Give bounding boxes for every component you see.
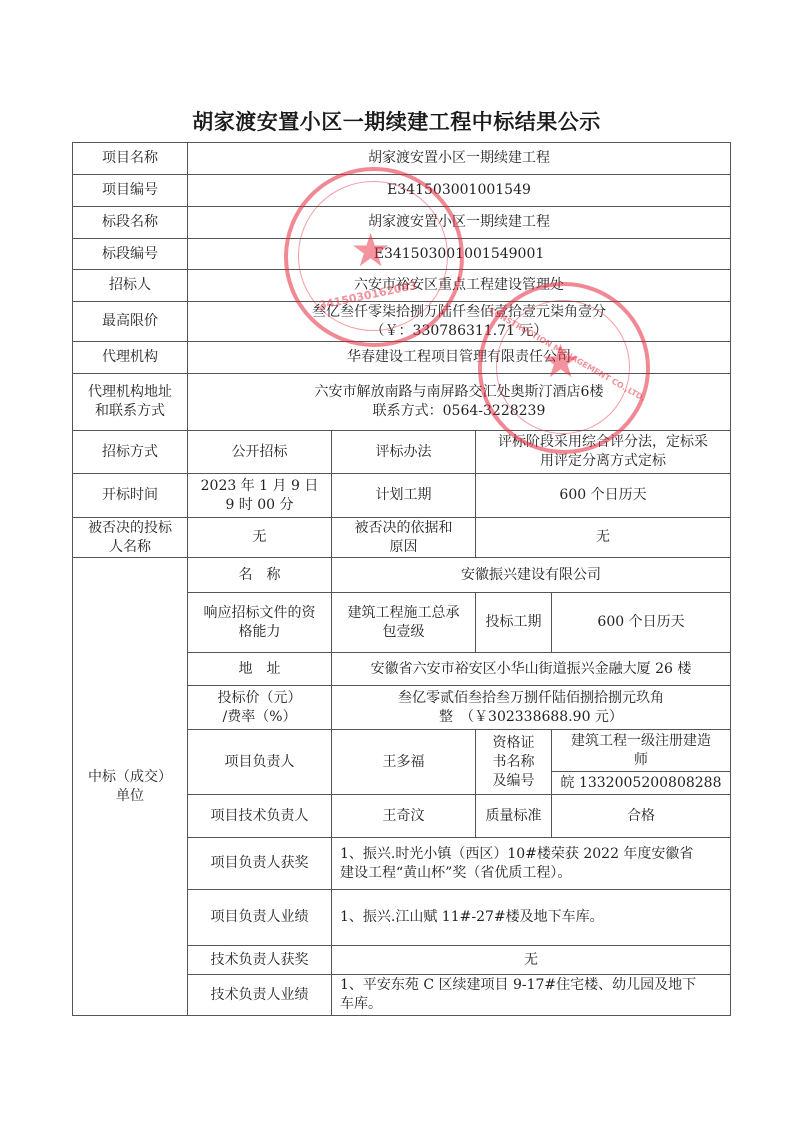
- page-title: 胡家渡安置小区一期续建工程中标结果公示: [0, 106, 793, 136]
- winner-name-value: 安徽振兴建设有限公司: [331, 557, 731, 593]
- agency-value: 华春建设工程项目管理有限责任公司: [187, 341, 731, 374]
- address-value: 安徽省六安市裕安区小华山街道振兴金融大厦 26 楼: [331, 652, 731, 686]
- section-name-value: 胡家渡安置小区一期续建工程: [187, 206, 731, 239]
- project-code-label: 项目编号: [72, 174, 188, 207]
- eval-method-label: 评标办法: [331, 430, 476, 474]
- project-name-value: 胡家渡安置小区一期续建工程: [187, 142, 731, 175]
- project-code-value: E341503001001549: [187, 174, 731, 207]
- open-time-value: 2023 年 1 月 9 日 9 时 00 分: [187, 473, 332, 518]
- qualification-label: 响应招标文件的资 格能力: [187, 592, 332, 653]
- rejected-label: 被否决的投标 人名称: [72, 517, 188, 558]
- pm-label: 项目负责人: [187, 729, 332, 795]
- tech-awards-value: 无: [331, 945, 731, 975]
- max-price-label: 最高限价: [72, 301, 188, 342]
- tenderer-label: 招标人: [72, 269, 188, 302]
- address-label: 地 址: [187, 652, 332, 686]
- project-name-label: 项目名称: [72, 142, 188, 175]
- pm-awards-label: 项目负责人获奖: [187, 837, 332, 890]
- rejected-reason-value: 无: [475, 517, 731, 558]
- cert-name: 建筑工程一级注册建造 师: [551, 729, 731, 772]
- result-table: 项目名称 胡家渡安置小区一期续建工程 项目编号 E341503001001549…: [73, 143, 731, 1016]
- bid-method-value: 公开招标: [187, 430, 332, 474]
- bid-price-label: 投标价（元） /费率（%）: [187, 685, 332, 730]
- tech-lead-value: 王奇汶: [331, 794, 476, 838]
- agency-address-value: 六安市解放南路与南屏路交汇处奥斯汀酒店6楼 联系方式：0564-3228239: [187, 373, 731, 431]
- bid-period-value: 600 个日历天: [551, 592, 731, 653]
- pm-performance-label: 项目负责人业绩: [187, 889, 332, 946]
- winner-name-label: 名 称: [187, 557, 332, 593]
- section-code-value: E341503001001549001: [187, 238, 731, 270]
- tech-performance-label: 技术负责人业绩: [187, 974, 332, 1016]
- rejected-value: 无: [187, 517, 332, 558]
- quality-label: 质量标准: [475, 794, 552, 838]
- tech-performance-value: 1、平安东苑 C 区续建项目 9-17#住宅楼、幼儿园及地下 车库。: [331, 974, 731, 1016]
- bid-price-value: 叁亿零贰佰叁拾叁万捌仟陆佰捌拾捌元玖角 整 （￥302338688.90 元）: [331, 685, 731, 730]
- tech-lead-label: 项目技术负责人: [187, 794, 332, 838]
- tech-awards-label: 技术负责人获奖: [187, 945, 332, 975]
- pm-performance-value: 1、振兴.江山赋 11#-27#楼及地下车库。: [331, 889, 731, 946]
- agency-address-label: 代理机构地址 和联系方式: [72, 373, 188, 431]
- bid-method-label: 招标方式: [72, 430, 188, 474]
- rejected-reason-label: 被否决的依据和 原因: [331, 517, 476, 558]
- winner-group-label: 中标（成交） 单位: [72, 557, 188, 1016]
- tenderer-value: 六安市裕安区重点工程建设管理处: [187, 269, 731, 302]
- section-name-label: 标段名称: [72, 206, 188, 239]
- pm-value: 王多福: [331, 729, 476, 795]
- quality-value: 合格: [551, 794, 731, 838]
- qualification-value: 建筑工程施工总承 包壹级: [331, 592, 476, 653]
- max-price-value: 叁亿叁仟零柒拾捌万陆仟叁佰壹拾壹元柒角壹分 （￥：330786311.71 元）: [187, 301, 731, 342]
- cert-label: 资格证 书名称 及编号: [475, 729, 552, 795]
- pm-awards-value: 1、振兴.时光小镇（西区）10#楼荣获 2022 年度安徽省 建设工程“黄山杯”…: [331, 837, 731, 890]
- cert-number: 皖 1332005200808288: [551, 771, 731, 795]
- section-code-label: 标段编号: [72, 238, 188, 270]
- plan-period-label: 计划工期: [331, 473, 476, 518]
- eval-method-value: 评标阶段采用综合评分法，定标采 用评定分离方式定标: [475, 430, 731, 474]
- bid-period-label: 投标工期: [475, 592, 552, 653]
- agency-label: 代理机构: [72, 341, 188, 374]
- plan-period-value: 600 个日历天: [475, 473, 731, 518]
- open-time-label: 开标时间: [72, 473, 188, 518]
